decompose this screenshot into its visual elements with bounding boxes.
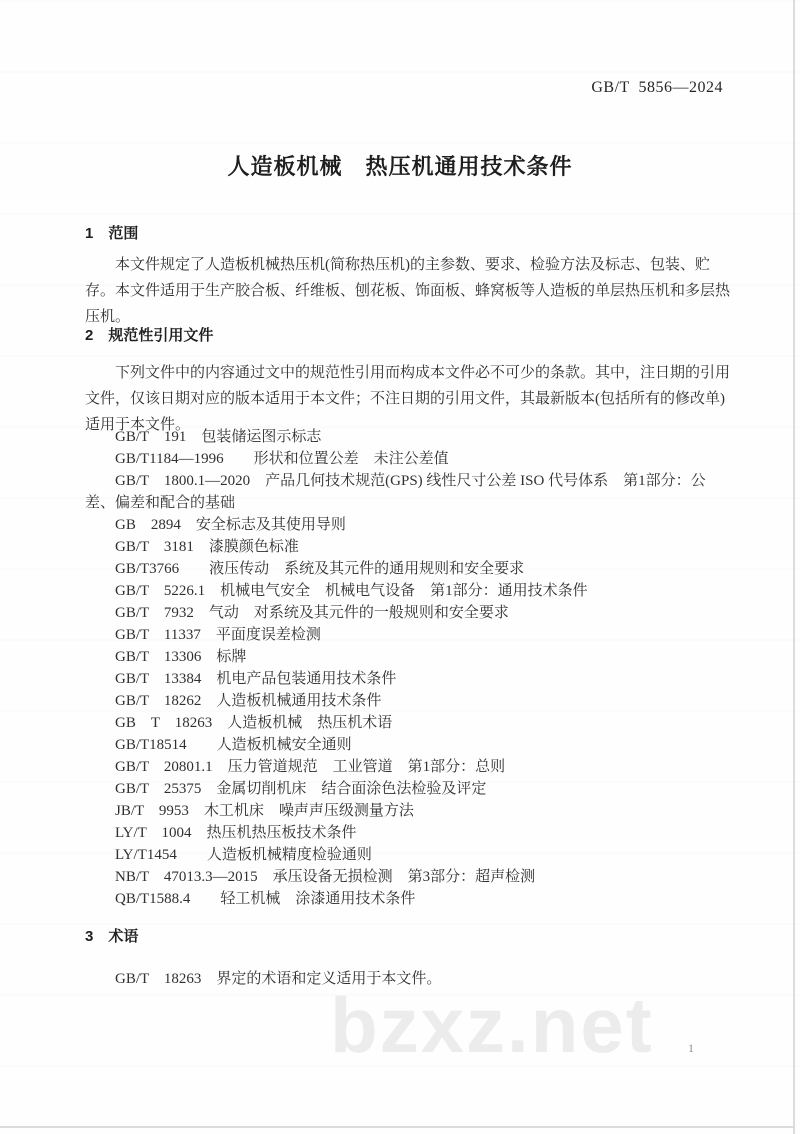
section-3-paragraph: GB/T 18263 界定的术语和定义适用于本文件。 xyxy=(85,966,730,992)
reference-item: LY/T1454 人造板机械精度检验通则 xyxy=(85,844,733,866)
reference-item: QB/T1588.4 轻工机械 涂漆通用技术条件 xyxy=(85,888,733,910)
reference-item: GB/T 5226.1 机械电气安全 机械电气设备 第1部分：通用技术条件 xyxy=(85,580,733,602)
section-1-paragraph: 本文件适用于生产胶合板、纤维板、刨花板、饰面板、蜂窝板等人造板的单层热压机和多层… xyxy=(85,278,730,330)
document-page: bzxz.net GB/T 5856—2024 人造板机械 热压机通用技术条件 … xyxy=(0,0,800,1134)
reference-item: GB/T 1800.1—2020 产品几何技术规范(GPS) 线性尺寸公差 IS… xyxy=(85,470,733,514)
reference-item: GB/T 13306 标牌 xyxy=(85,646,733,668)
reference-item: GB/T18514 人造板机械安全通则 xyxy=(85,734,733,756)
section-3-heading: 3术语 xyxy=(85,925,730,946)
reference-list: GB/T 191 包装储运图示标志 GB/T1184—1996 形状和位置公差 … xyxy=(85,426,733,910)
reference-item: GB/T 25375 金属切削机床 结合面涂色法检验及评定 xyxy=(85,778,733,800)
section-3-label: 术语 xyxy=(108,925,138,946)
section-2-label: 规范性引用文件 xyxy=(108,324,213,345)
reference-item: GB/T 20801.1 压力管道规范 工业管道 第1部分：总则 xyxy=(85,756,733,778)
reference-item: GB/T3766 液压传动 系统及其元件的通用规则和安全要求 xyxy=(85,558,733,580)
section-2-number: 2 xyxy=(85,327,93,344)
reference-item: JB/T 9953 木工机床 噪声声压级测量方法 xyxy=(85,800,733,822)
section-1-number: 1 xyxy=(85,225,93,242)
standard-code: GB/T 5856—2024 xyxy=(591,79,723,97)
page-edge-bottom xyxy=(0,1126,795,1128)
reference-item: GB/T 11337 平面度误差检测 xyxy=(85,624,733,646)
watermark: bzxz.net xyxy=(330,980,654,1071)
reference-item: GB/T 7932 气动 对系统及其元件的一般规则和安全要求 xyxy=(85,602,733,624)
reference-item: GB/T 18262 人造板机械通用技术条件 xyxy=(85,690,733,712)
reference-item: GB/T 13384 机电产品包装通用技术条件 xyxy=(85,668,733,690)
reference-item: GB/T 3181 漆膜颜色标准 xyxy=(85,536,733,558)
section-1-heading: 1范围 xyxy=(85,222,730,243)
section-1-label: 范围 xyxy=(108,222,138,243)
reference-item: LY/T 1004 热压机热压板技术条件 xyxy=(85,822,733,844)
reference-item: GB/T 191 包装储运图示标志 xyxy=(85,426,733,448)
document-title: 人造板机械 热压机通用技术条件 xyxy=(0,150,800,181)
reference-item: GB 2894 安全标志及其使用导则 xyxy=(85,514,733,536)
reference-item: GB/T1184—1996 形状和位置公差 未注公差值 xyxy=(85,448,733,470)
reference-item: GB T 18263 人造板机械 热压机术语 xyxy=(85,712,733,734)
page-number: 1 xyxy=(688,1041,694,1056)
section-3-number: 3 xyxy=(85,928,93,945)
reference-item: NB/T 47013.3—2015 承压设备无损检测 第3部分：超声检测 xyxy=(85,866,733,888)
section-2-heading: 2规范性引用文件 xyxy=(85,324,730,345)
